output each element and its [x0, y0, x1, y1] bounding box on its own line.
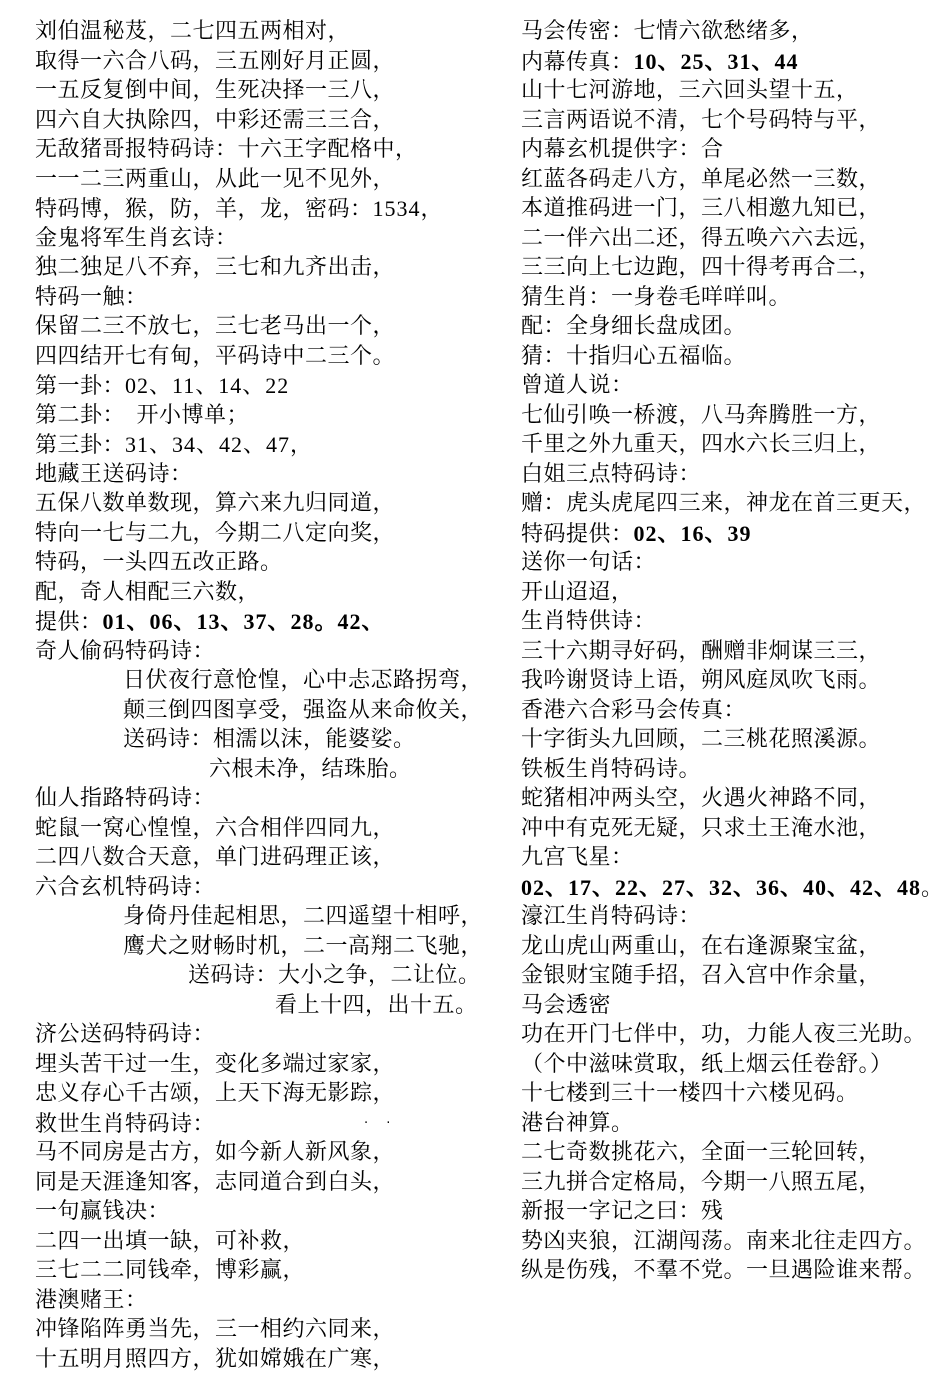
text-segment: 保留二三不放七，三七老马出一个，: [35, 314, 395, 339]
text-line: 金鬼将军生肖玄诗：: [35, 224, 483, 254]
text-segment: 仙人指路特码诗：: [35, 786, 215, 811]
text-segment: ，: [290, 433, 313, 458]
text-segment: 马不同房是古方，如今新人新风象，: [35, 1140, 395, 1165]
text-segment: 新报一字记之曰：残: [521, 1199, 724, 1224]
text-segment: 日伏夜行意怆惶，心中忐忑路拐弯，: [123, 668, 483, 693]
text-line: 五保八数单数现，算六来九归同道，: [35, 489, 483, 519]
right-text-column: 马会传密：七情六欲愁绪多，内幕传真：10、25、31、44山十七河游地，三六回头…: [521, 17, 935, 1286]
text-line: 忠义存心千古颂，上天下海无影踪，: [35, 1079, 483, 1109]
text-segment: 六合玄机特码诗：: [35, 875, 215, 900]
text-line: 送码诗：大小之争，二让位。: [35, 961, 483, 991]
text-line: 龙山虎山两重山，在右逢源聚宝盆，: [521, 932, 935, 962]
text-segment: 特向一七与二九，今期二八定向奖，: [35, 521, 395, 546]
text-segment: 六根未净，结珠胎。: [209, 757, 412, 782]
text-line: 新报一字记之曰：残: [521, 1197, 935, 1227]
text-segment: 猜生肖：一身卷毛咩咩叫。: [521, 285, 791, 310]
text-segment: 曾道人说：: [521, 373, 634, 398]
text-segment: 金鬼将军生肖玄诗：: [35, 226, 238, 251]
text-line: 港台神算。: [521, 1109, 935, 1139]
text-line: 千里之外九重天，四水六长三归上，: [521, 430, 935, 460]
text-line: 一一二三两重山，从此一见不见外，: [35, 165, 483, 195]
text-line: 马会传密：七情六欲愁绪多，: [521, 17, 935, 47]
text-segment: 第三卦：: [35, 433, 125, 458]
text-line: 日伏夜行意怆惶，心中忐忑路拐弯，: [35, 666, 483, 696]
text-segment: 取得一六合八码，三五刚好月正圆，: [35, 49, 395, 74]
text-line: 功在开门七伴中，功，力能人夜三光助。: [521, 1020, 935, 1050]
text-segment: 埋头苦干过一生，变化多端过家家，: [35, 1052, 395, 1077]
text-segment: 我吟谢贤诗上语，朔风庭凤吹飞雨。: [521, 668, 881, 693]
text-segment: 三言两语说不清，七个号码特与平，: [521, 108, 881, 133]
stray-dots: · ·: [364, 1116, 397, 1131]
text-line: 港澳赌王：: [35, 1286, 483, 1316]
text-segment: 四六自大执除四，中彩还需三三合，: [35, 108, 395, 133]
text-line: 冲中有克死无疑，只求土王淹水池，: [521, 814, 935, 844]
text-segment: 独二独足八不弃，三七和九齐出击，: [35, 255, 395, 280]
text-line: 二四一出填一缺，可补救，: [35, 1227, 483, 1257]
text-segment: 十七楼到三十一楼四十六楼见码。: [521, 1081, 859, 1106]
text-segment: 七仙引唤一桥渡，八马奔腾胜一方，: [521, 403, 881, 428]
text-segment: 二四八数合天意，单门进码理正该，: [35, 845, 395, 870]
text-segment: 山十七河游地，三六回头望十五，: [521, 78, 859, 103]
text-segment: 生肖特供诗：: [521, 609, 656, 634]
text-segment: 特码一触：: [35, 285, 148, 310]
text-line: 七仙引唤一桥渡，八马奔腾胜一方，: [521, 401, 935, 431]
text-line: 香港六合彩马会传真：: [521, 696, 935, 726]
text-segment: 同是天涯逢知客，志同道合到白头，: [35, 1170, 395, 1195]
text-line: 纵是伤残，不羣不党。一旦遇险谁来帮。: [521, 1256, 935, 1286]
text-line: 仙人指路特码诗：: [35, 784, 483, 814]
left-text-column: 刘伯温秘芨，二七四五两相对，取得一六合八码，三五刚好月正圆，一五反复倒中间，生死…: [35, 17, 483, 1374]
text-line: 特码博，猴，防，羊，龙，密码：1534，: [35, 194, 483, 224]
text-line: 赠：虎头虎尾四三来，神龙在首三更天，: [521, 489, 935, 519]
text-segment: 十字街头九回顾，二三桃花照溪源。: [521, 727, 881, 752]
text-segment: 一五反复倒中间，生死决择一三八，: [35, 78, 395, 103]
text-line: 特码一触：: [35, 283, 483, 313]
text-line: 二七奇数挑花六，全面一三轮回转，: [521, 1138, 935, 1168]
text-line: 生肖特供诗：: [521, 607, 935, 637]
text-line: 山十七河游地，三六回头望十五，: [521, 76, 935, 106]
text-line: 一句赢钱决：: [35, 1197, 483, 1227]
text-line: 濠江生肖特码诗：: [521, 902, 935, 932]
text-segment: 第二卦： 开小博单；: [35, 403, 249, 428]
text-line: 第一卦：02、11、14、22: [35, 371, 483, 401]
text-line: 十五明月照四方，犹如嫦娥在广寒，: [35, 1345, 483, 1375]
text-line: 马会透密: [521, 991, 935, 1021]
text-segment: 31、34、42、47: [125, 432, 290, 457]
text-line: 九宫飞星：: [521, 843, 935, 873]
text-segment: 蛇猪相冲两头空，火遇火神路不同，: [521, 786, 881, 811]
text-segment: 红蓝各码走八方，单尾必然一三数，: [521, 167, 881, 192]
text-segment: 特码，一头四五改正路。: [35, 550, 283, 575]
text-line: 救世生肖特码诗：· ·: [35, 1109, 483, 1139]
text-segment: 一句赢钱决：: [35, 1199, 170, 1224]
text-line: 三七二二同钱牵，博彩赢，: [35, 1256, 483, 1286]
text-line: 颠三倒四图享受，强盗从来命攸关，: [35, 696, 483, 726]
document-page: 刘伯温秘芨，二七四五两相对，取得一六合八码，三五刚好月正圆，一五反复倒中间，生死…: [0, 0, 935, 1388]
text-segment: 10、25、31、44: [634, 49, 799, 74]
text-segment: 五保八数单数现，算六来九归同道，: [35, 491, 395, 516]
text-line: 提供：01、06、13、37、28。42、: [35, 607, 483, 637]
text-segment: 马会透密: [521, 993, 611, 1018]
text-line: 二一伴六出二还，得五唤六六去远，: [521, 224, 935, 254]
text-segment: 金银财宝随手招，召入宫中作余量，: [521, 963, 881, 988]
text-segment: 内幕传真：: [521, 50, 634, 75]
text-segment: 四四结开七有甸，平码诗中二三个。: [35, 344, 395, 369]
text-segment: 看上十四，出十五。: [275, 993, 478, 1018]
text-line: 一五反复倒中间，生死决择一三八，: [35, 76, 483, 106]
text-line: 马不同房是古方，如今新人新风象，: [35, 1138, 483, 1168]
text-line: 刘伯温秘芨，二七四五两相对，: [35, 17, 483, 47]
text-line: 曾道人说：: [521, 371, 935, 401]
text-line: 特码提供：02、16、39: [521, 519, 935, 549]
text-segment: 02、11、14、22: [125, 373, 289, 398]
text-line: 特码，一头四五改正路。: [35, 548, 483, 578]
text-line: 本道推码进一门，三八相邀九知已，: [521, 194, 935, 224]
text-segment: 港澳赌王：: [35, 1288, 148, 1313]
text-line: 送码诗：相濡以沫，能婆娑。: [35, 725, 483, 755]
text-line: 无敌猪哥报特码诗：十六王字配格中，: [35, 135, 483, 165]
text-segment: 二四一出填一缺，可补救，: [35, 1229, 305, 1254]
text-segment: 香港六合彩马会传真：: [521, 698, 746, 723]
text-segment: 送码诗：大小之争，二让位。: [188, 963, 481, 988]
text-line: 四六自大执除四，中彩还需三三合，: [35, 106, 483, 136]
text-line: 内幕玄机提供字：合: [521, 135, 935, 165]
text-segment: 内幕玄机提供字：合: [521, 137, 724, 162]
text-segment: 奇人偷码特码诗：: [35, 639, 215, 664]
text-line: 鹰犬之财畅时机，二一高翔二飞驰，: [35, 932, 483, 962]
text-segment: 送你一句话：: [521, 550, 656, 575]
text-line: 内幕传真：10、25、31、44: [521, 47, 935, 77]
text-segment: 鹰犬之财畅时机，二一高翔二飞驰，: [123, 934, 483, 959]
text-segment: 地藏王送码诗：: [35, 462, 193, 487]
text-line: 配，奇人相配三六数，: [35, 578, 483, 608]
text-segment: 救世生肖特码诗：: [35, 1112, 204, 1137]
text-line: 奇人偷码特码诗：: [35, 637, 483, 667]
text-segment: 02、16、39: [634, 521, 752, 546]
text-line: 三三向上七边跑，四十得考再合二，: [521, 253, 935, 283]
text-line: 六合玄机特码诗：: [35, 873, 483, 903]
text-segment: 千里之外九重天，四水六长三归上，: [521, 432, 881, 457]
text-line: 身倚丹佳起相思，二四遥望十相呼，: [35, 902, 483, 932]
text-line: 十字街头九回顾，二三桃花照溪源。: [521, 725, 935, 755]
text-line: 取得一六合八码，三五刚好月正圆，: [35, 47, 483, 77]
text-line: 金银财宝随手招，召入宫中作余量，: [521, 961, 935, 991]
text-line: 02、17、22、27、32、36、40、42、48。: [521, 873, 935, 903]
text-segment: 龙山虎山两重山，在右逢源聚宝盆，: [521, 934, 881, 959]
text-segment: 提供：: [35, 610, 103, 635]
text-segment: 一一二三两重山，从此一见不见外，: [35, 167, 395, 192]
text-line: 三十六期寻好码，酬赠非炯谋三三，: [521, 637, 935, 667]
text-segment: 势凶夹狼，江湖闯荡。南来北往走四方。: [521, 1229, 926, 1254]
text-segment: 二七奇数挑花六，全面一三轮回转，: [521, 1140, 881, 1165]
text-line: 十七楼到三十一楼四十六楼见码。: [521, 1079, 935, 1109]
text-line: 四四结开七有甸，平码诗中二三个。: [35, 342, 483, 372]
text-segment: 特码提供：: [521, 522, 634, 547]
text-segment: 02、17、22、27、32、36、40、42、48: [521, 875, 921, 900]
text-line: 配：全身细长盘成团。: [521, 312, 935, 342]
text-segment: 1534: [373, 196, 421, 221]
text-line: 铁板生肖特码诗。: [521, 755, 935, 785]
text-line: 特向一七与二九，今期二八定向奖，: [35, 519, 483, 549]
text-line: 三言两语说不清，七个号码特与平，: [521, 106, 935, 136]
text-segment: ，: [421, 197, 444, 222]
text-line: 六根未净，结珠胎。: [35, 755, 483, 785]
text-segment: 配，奇人相配三六数，: [35, 580, 260, 605]
text-line: 保留二三不放七，三七老马出一个，: [35, 312, 483, 342]
text-segment: 配：全身细长盘成团。: [521, 314, 746, 339]
text-line: 猜生肖：一身卷毛咩咩叫。: [521, 283, 935, 313]
text-segment: 濠江生肖特码诗：: [521, 904, 701, 929]
text-segment: 01、06、13、37、28。42、: [103, 609, 385, 634]
text-segment: 第一卦：: [35, 374, 125, 399]
text-line: 独二独足八不弃，三七和九齐出击，: [35, 253, 483, 283]
text-segment: 三九拼合定格局，今期一八照五尾，: [521, 1170, 881, 1195]
text-segment: 十五明月照四方，犹如嫦娥在广寒，: [35, 1347, 395, 1372]
text-segment: 送码诗：相濡以沫，能婆娑。: [123, 727, 416, 752]
text-line: 红蓝各码走八方，单尾必然一三数，: [521, 165, 935, 195]
text-line: 冲锋陷阵勇当先，三一相约六同来，: [35, 1315, 483, 1345]
text-line: 第三卦：31、34、42、47，: [35, 430, 483, 460]
text-segment: 港台神算。: [521, 1111, 634, 1136]
text-line: 埋头苦干过一生，变化多端过家家，: [35, 1050, 483, 1080]
text-line: 地藏王送码诗：: [35, 460, 483, 490]
text-segment: 身倚丹佳起相思，二四遥望十相呼，: [123, 904, 483, 929]
text-segment: 无敌猪哥报特码诗：十六王字配格中，: [35, 137, 418, 162]
text-segment: 特码博，猴，防，羊，龙，密码：: [35, 197, 373, 222]
text-segment: （个中滋味赏取，纸上烟云任卷舒。）: [521, 1052, 893, 1077]
text-line: 猜：十指归心五福临。: [521, 342, 935, 372]
text-line: 送你一句话：: [521, 548, 935, 578]
text-segment: 功在开门七伴中，功，力能人夜三光助。: [521, 1022, 926, 1047]
text-line: 白姐三点特码诗：: [521, 460, 935, 490]
text-line: 二四八数合天意，单门进码理正该，: [35, 843, 483, 873]
text-segment: 三七二二同钱牵，博彩赢，: [35, 1258, 305, 1283]
text-segment: 蛇鼠一窝心惶惶，六合相伴四同九，: [35, 816, 395, 841]
text-segment: 。: [921, 876, 935, 901]
text-segment: 冲中有克死无疑，只求土王淹水池，: [521, 816, 881, 841]
text-line: 济公送码特码诗：: [35, 1020, 483, 1050]
text-segment: 开山迢迢，: [521, 580, 634, 605]
text-segment: 冲锋陷阵勇当先，三一相约六同来，: [35, 1317, 395, 1342]
text-segment: 铁板生肖特码诗。: [521, 757, 701, 782]
text-segment: 赠：虎头虎尾四三来，神龙在首三更天，: [521, 491, 926, 516]
text-segment: 二一伴六出二还，得五唤六六去远，: [521, 226, 881, 251]
text-segment: 忠义存心千古颂，上天下海无影踪，: [35, 1081, 395, 1106]
text-segment: 刘伯温秘芨，二七四五两相对，: [35, 19, 350, 44]
text-segment: 猜：十指归心五福临。: [521, 344, 746, 369]
text-line: 看上十四，出十五。: [35, 991, 483, 1021]
text-line: 蛇猪相冲两头空，火遇火神路不同，: [521, 784, 935, 814]
text-segment: 济公送码特码诗：: [35, 1022, 215, 1047]
text-segment: 三三向上七边跑，四十得考再合二，: [521, 255, 881, 280]
text-line: 势凶夹狼，江湖闯荡。南来北往走四方。: [521, 1227, 935, 1257]
text-segment: 纵是伤残，不羣不党。一旦遇险谁来帮。: [521, 1258, 926, 1283]
text-line: 我吟谢贤诗上语，朔风庭凤吹飞雨。: [521, 666, 935, 696]
text-line: （个中滋味赏取，纸上烟云任卷舒。）: [521, 1050, 935, 1080]
text-segment: 九宫飞星：: [521, 845, 634, 870]
text-segment: 本道推码进一门，三八相邀九知已，: [521, 196, 881, 221]
text-segment: 白姐三点特码诗：: [521, 462, 701, 487]
text-line: 第二卦： 开小博单；: [35, 401, 483, 431]
text-segment: 颠三倒四图享受，强盗从来命攸关，: [123, 698, 483, 723]
text-line: 蛇鼠一窝心惶惶，六合相伴四同九，: [35, 814, 483, 844]
text-line: 同是天涯逢知客，志同道合到白头，: [35, 1168, 483, 1198]
text-line: 三九拼合定格局，今期一八照五尾，: [521, 1168, 935, 1198]
text-segment: 马会传密：七情六欲愁绪多，: [521, 19, 814, 44]
text-line: 开山迢迢，: [521, 578, 935, 608]
text-segment: 三十六期寻好码，酬赠非炯谋三三，: [521, 639, 881, 664]
